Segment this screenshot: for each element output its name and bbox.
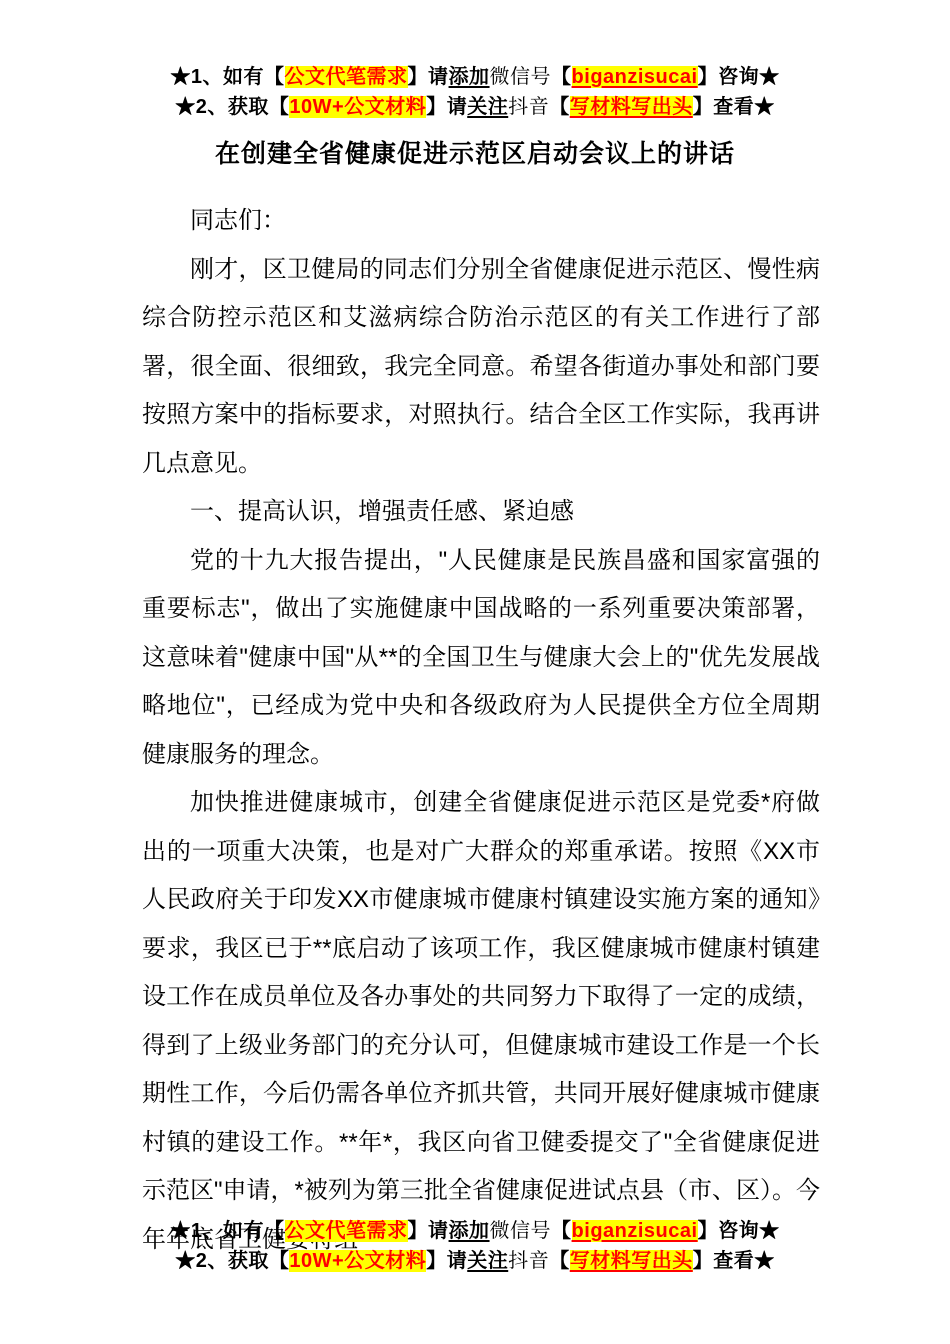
douyin-account-highlight: 写材料写出头 (570, 96, 693, 118)
follow-action-text: 关注 (467, 1250, 508, 1272)
banner-text: 抖音 (508, 96, 549, 118)
document-title: 在创建全省健康促进示范区启动会议上的讲话 (0, 136, 950, 172)
banner-text: ★1、如有【 (170, 66, 284, 88)
banner-text: ★1、如有【 (170, 1220, 284, 1242)
promo-banner-line-2: ★2、获取【10W+公文材料】请关注抖音【写材料写出头】查看★ (0, 1246, 950, 1276)
promo-banner-bottom: ★1、如有【公文代笔需求】请添加微信号【biganzisucai】咨询★ ★2、… (0, 1216, 950, 1276)
wechat-account-highlight: biganzisucai (572, 66, 698, 88)
paragraph: 加快推进健康城市，创建全省健康促进示范区是党委*府做出的一项重大决策，也是对广大… (142, 779, 820, 1264)
banner-text: 【 (549, 1250, 570, 1272)
banner-text: 】查看★ (693, 1250, 775, 1272)
banner-text: 】咨询★ (698, 1220, 780, 1242)
banner-text: ★2、获取【 (175, 96, 289, 118)
paragraph: 党的十九大报告提出，"人民健康是民族昌盛和国家富强的重要标志"，做出了实施健康中… (142, 537, 820, 780)
banner-text: 抖音 (508, 1250, 549, 1272)
banner-text: 】咨询★ (698, 66, 780, 88)
banner-text: 】请 (408, 1220, 449, 1242)
promo-banner-line-2: ★2、获取【10W+公文材料】请关注抖音【写材料写出头】查看★ (0, 92, 950, 122)
document-page: ★1、如有【公文代笔需求】请添加微信号【biganzisucai】咨询★ ★2、… (0, 0, 950, 1344)
paragraph: 刚才，区卫健局的同志们分别全省健康促进示范区、慢性病综合防控示范区和艾滋病综合防… (142, 246, 820, 489)
promo-banner-top: ★1、如有【公文代笔需求】请添加微信号【biganzisucai】咨询★ ★2、… (0, 0, 950, 122)
banner-text: 微信号 (490, 1220, 552, 1242)
banner-text: 【 (549, 96, 570, 118)
banner-text: 【 (551, 1220, 572, 1242)
service-tag-highlight: 公文代笔需求 (285, 66, 408, 88)
banner-text: 】查看★ (693, 96, 775, 118)
wechat-account-highlight: biganzisucai (572, 1220, 698, 1242)
follow-action-text: 关注 (467, 96, 508, 118)
promo-banner-line-1: ★1、如有【公文代笔需求】请添加微信号【biganzisucai】咨询★ (0, 62, 950, 92)
material-tag-highlight: 10W+公文材料 (289, 96, 426, 118)
banner-text: 微信号 (490, 66, 552, 88)
salutation: 同志们： (142, 197, 820, 246)
banner-text: ★2、获取【 (175, 1250, 289, 1272)
service-tag-highlight: 公文代笔需求 (285, 1220, 408, 1242)
banner-text: 【 (551, 66, 572, 88)
banner-text: 】请 (426, 1250, 467, 1272)
promo-banner-line-1: ★1、如有【公文代笔需求】请添加微信号【biganzisucai】咨询★ (0, 1216, 950, 1246)
document-body: 同志们： 刚才，区卫健局的同志们分别全省健康促进示范区、慢性病综合防控示范区和艾… (142, 197, 820, 1264)
section-heading: 一、提高认识，增强责任感、紧迫感 (142, 488, 820, 537)
add-action-text: 添加 (449, 1220, 490, 1242)
banner-text: 】请 (408, 66, 449, 88)
add-action-text: 添加 (449, 66, 490, 88)
banner-text: 】请 (426, 96, 467, 118)
material-tag-highlight: 10W+公文材料 (289, 1250, 426, 1272)
douyin-account-highlight: 写材料写出头 (570, 1250, 693, 1272)
